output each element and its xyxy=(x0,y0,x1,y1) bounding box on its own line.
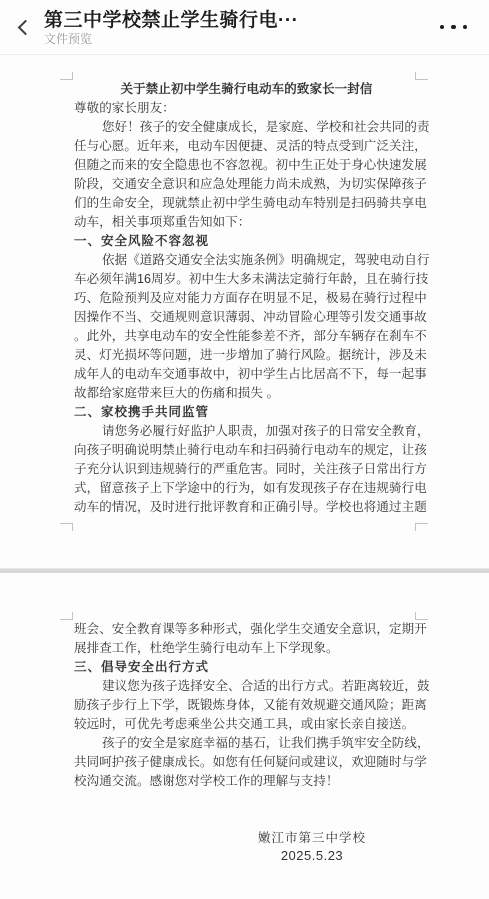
doc-line: 建议您为孩子选择安全、合适的出行方式。若距离较近，鼓 xyxy=(74,677,419,696)
doc-line: 尊敬的家长朋友： xyxy=(74,99,419,118)
doc-line: 任与心愿。近年来，电动车因便捷、灵活的特点受到广泛关注， xyxy=(74,137,419,156)
doc-line: 动车的情况，及时进行批评教育和正确引导。学校也将通过主题 xyxy=(74,498,419,517)
doc-line: 因操作不当、交通规则意识薄弱、冲动冒险心理等引发交通事故 xyxy=(74,308,419,327)
doc-line: 子充分认识到违规骑行的严重危害。同时，关注孩子日常出行方 xyxy=(74,460,419,479)
signature-date: 2025.5.23 xyxy=(202,847,422,865)
page-margin-mark xyxy=(415,523,428,531)
document-page-1: 关于禁止初中学生骑行电动车的致家长一封信尊敬的家长朋友：您好！孩子的安全健康成长… xyxy=(0,55,489,517)
doc-line: 共同呵护孩子健康成长。如您有任何疑问或建议，欢迎随时与学 xyxy=(74,753,419,772)
more-horizontal-icon xyxy=(440,25,468,30)
doc-line: 展排查工作，杜绝学生骑行电动车上下学现象。 xyxy=(74,639,419,658)
doc-line: 阶段，交通安全意识和应急处理能力尚未成熟，为切实保障孩子 xyxy=(74,175,419,194)
doc-line: 式，留意孩子上下学途中的行为，如有发现孩子存在违规骑行电 xyxy=(74,479,419,498)
doc-line: 向孩子明确说明禁止骑行电动车和扫码骑行电动车的规定，让孩 xyxy=(74,441,419,460)
appbar-subtitle: 文件预览 xyxy=(44,32,426,47)
appbar-titles: 第三中学校禁止学生骑行电··· 文件预览 xyxy=(44,7,426,47)
doc-line: 依据《道路交通安全法实施条例》明确规定，驾驶电动自行 xyxy=(74,251,419,270)
page-margin-mark xyxy=(60,72,73,80)
doc-line: 请您务必履行好监护人职责，加强对孩子的日常安全教育， xyxy=(74,422,419,441)
doc-line: 关于禁止初中学生骑行电动车的致家长一封信 xyxy=(74,80,419,99)
doc-line: 巧、危险预判及应对能力方面存在明显不足，极易在骑行过程中 xyxy=(74,289,419,308)
doc-line: 较远时，可优先考虑乘坐公共交通工具，或由家长亲自接送。 xyxy=(74,715,419,734)
appbar-title: 第三中学校禁止学生骑行电··· xyxy=(44,9,426,32)
signature-block: 嫩江市第三中学校 2025.5.23 xyxy=(202,829,422,865)
more-menu-button[interactable] xyxy=(426,11,489,44)
doc-line: 故都给家庭带来巨大的伤痛和损失 。 xyxy=(74,384,419,403)
doc-line: 励孩子步行上下学，既锻炼身体，又能有效规避交通风险；距离 xyxy=(74,696,419,715)
doc-line: 班会、安全教育课等多种形式，强化学生交通安全意识，定期开 xyxy=(74,620,419,639)
page-margin-mark xyxy=(415,72,428,80)
doc-line: 但随之而来的安全隐患也不容忽视。初中生正处于身心快速发展 xyxy=(74,156,419,175)
doc-line: 三、倡导安全出行方式 xyxy=(74,658,419,677)
doc-line: 灵、灯光损坏等问题，进一步增加了骑行风险。据统计，涉及未 xyxy=(74,346,419,365)
doc-line: 校沟通交流。感谢您对学校工作的理解与支持！ xyxy=(74,772,419,791)
chevron-left-icon xyxy=(17,19,33,35)
page-break-divider xyxy=(0,568,489,573)
doc-line: 一、安全风险不容忽视 xyxy=(74,232,419,251)
doc-line: 车必须年满16周岁。初中生大多未满法定骑行年龄，且在骑行技 xyxy=(74,270,419,289)
doc-line: 成年人的电动车交通事故中，初中学生占比居高不下，每一起事 xyxy=(74,365,419,384)
doc-line: 们的生命安全，现就禁止初中学生骑电动车特别是扫码骑共享电 xyxy=(74,194,419,213)
page-2-body: 班会、安全教育课等多种形式，强化学生交通安全意识，定期开展排查工作，杜绝学生骑行… xyxy=(74,620,419,791)
signature-school-name: 嫩江市第三中学校 xyxy=(202,829,422,847)
back-button[interactable] xyxy=(0,0,44,55)
doc-line: 二、家校携手共同监管 xyxy=(74,403,419,422)
page-margin-mark xyxy=(60,523,73,531)
page-margin-mark xyxy=(60,612,73,620)
document-preview: 关于禁止初中学生骑行电动车的致家长一封信尊敬的家长朋友：您好！孩子的安全健康成长… xyxy=(0,55,489,899)
doc-line: 动车，相关事项郑重告知如下： xyxy=(74,213,419,232)
doc-line: 您好！孩子的安全健康成长，是家庭、学校和社会共同的责 xyxy=(74,118,419,137)
doc-line: 。此外，共享电动车的安全性能参差不齐，部分车辆存在刹车不 xyxy=(74,327,419,346)
page-margin-mark xyxy=(415,612,428,620)
appbar: 第三中学校禁止学生骑行电··· 文件预览 xyxy=(0,0,489,55)
doc-line: 孩子的安全是家庭幸福的基石，让我们携手筑牢安全防线， xyxy=(74,734,419,753)
